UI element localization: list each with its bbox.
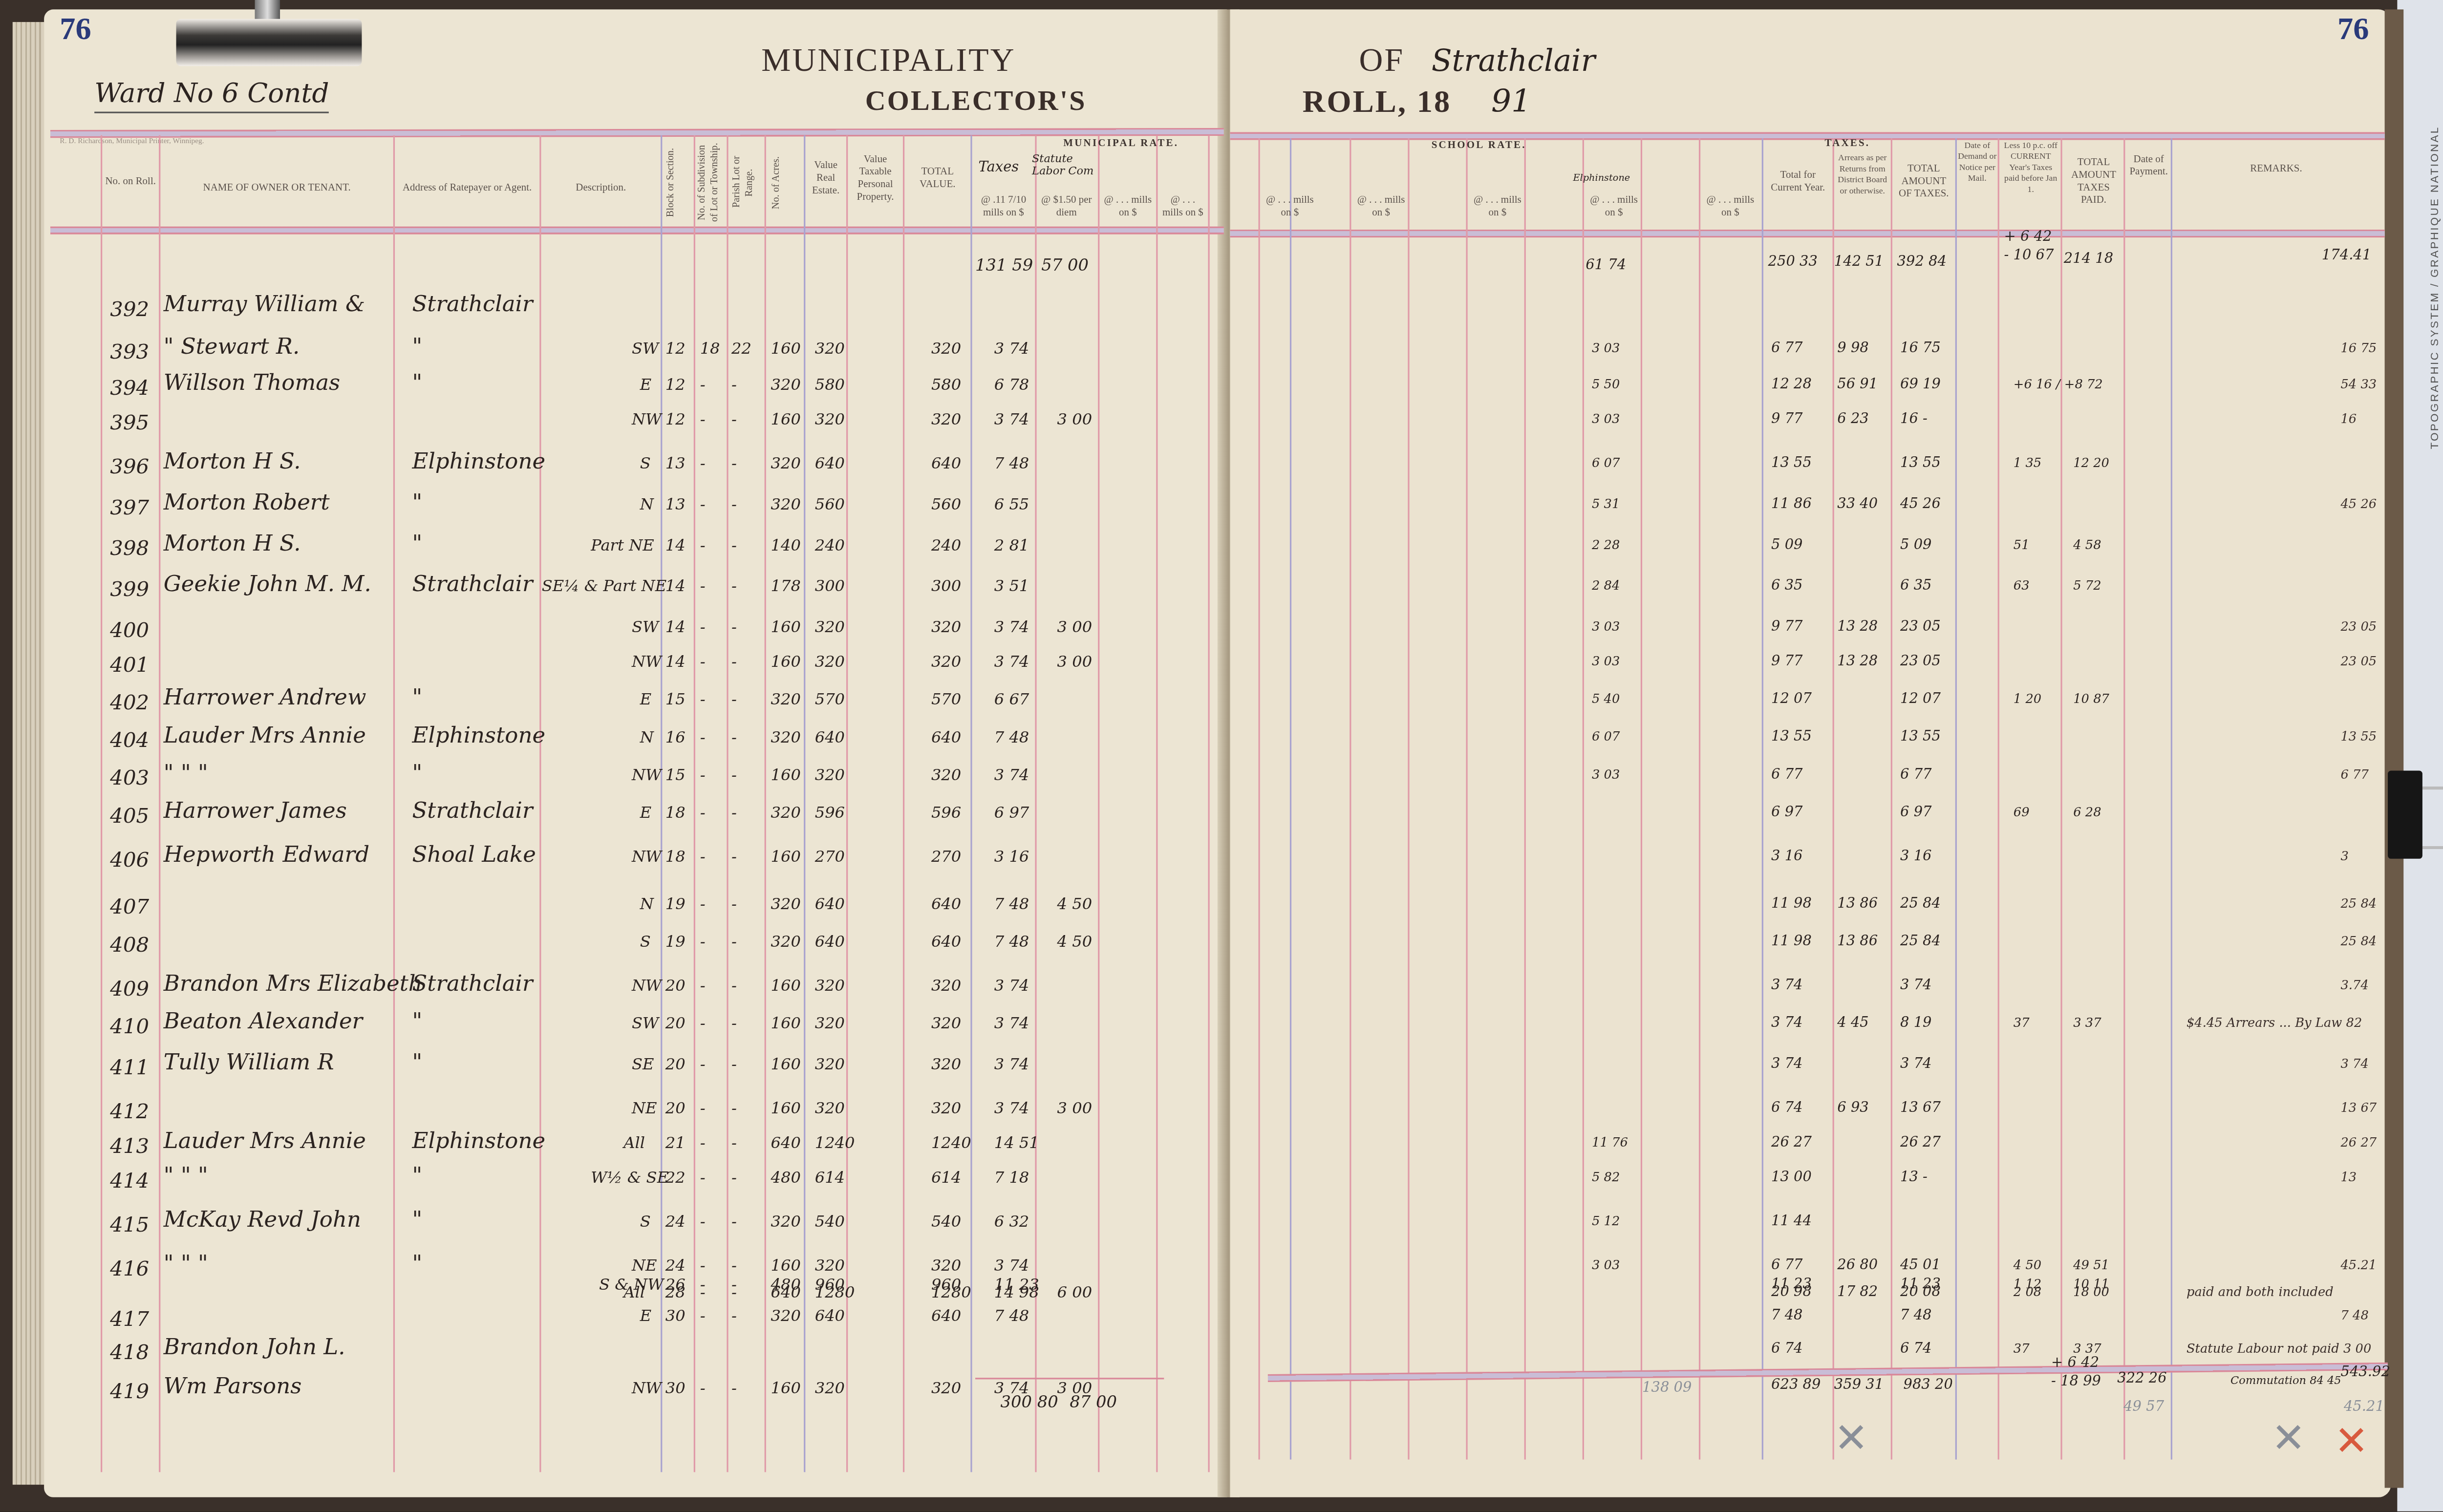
block-section: 16 [665, 730, 686, 747]
printer-credit: R. D. Richardson, Municipal Printer, Win… [60, 138, 204, 146]
header-parish-range: Parish Lot or Range. [731, 142, 757, 223]
municipal-tax: 7 48 [994, 1309, 1029, 1326]
municipal-tax: 3 74 [994, 1258, 1029, 1276]
total-amount-taxes: 23 05 [1900, 654, 1941, 670]
subdivision-township: - [700, 497, 706, 514]
block-section: 30 [665, 1309, 686, 1326]
block-section: 30 [665, 1381, 686, 1398]
ratepayer-address: " [412, 1051, 422, 1076]
roll-number: 412 [110, 1101, 149, 1125]
parish-range: - [731, 456, 737, 473]
header-muni-rate-3: @ . . . mills on $ [1099, 195, 1156, 220]
rule [765, 135, 766, 1472]
block-section: 20 [665, 978, 686, 995]
block-section: 14 [665, 538, 686, 555]
block-section: 14 [665, 619, 686, 637]
carry-remark: 45.21 [2344, 1400, 2384, 1415]
acres: 160 [771, 978, 801, 995]
arrears: 33 40 [1837, 497, 1878, 512]
roll-number: 408 [110, 934, 149, 958]
statute-labor: 3 00 [1057, 1101, 1092, 1118]
municipal-tax: 3 74 [994, 619, 1029, 637]
value-real-estate: 570 [815, 692, 845, 709]
header-school-rate-col: @ . . . mills on $ [1262, 195, 1318, 220]
rule [1290, 138, 1291, 1459]
roll-number: 411 [110, 1057, 149, 1080]
subdivision-township: 18 [700, 341, 720, 359]
municipal-tax: 3 74 [994, 1016, 1029, 1033]
roll-number: 409 [110, 978, 149, 1001]
total-taxes-paid: 18 00 [2073, 1285, 2109, 1299]
block-section: 28 [665, 1285, 686, 1302]
total-taxes-paid: 5 72 [2073, 579, 2101, 593]
value-real-estate: 300 [815, 579, 845, 596]
block-section: 18 [665, 805, 686, 822]
header-remarks: REMARKS. [2174, 164, 2379, 176]
total-current-year: 11 44 [1771, 1214, 1812, 1230]
roll-number: 414 [110, 1170, 149, 1193]
subdivision-township: - [700, 805, 706, 822]
municipal-tax: 2 81 [994, 538, 1029, 555]
arrears: 13 28 [1837, 654, 1878, 670]
acres: 640 [771, 1135, 801, 1152]
total-value: 320 [931, 1016, 961, 1033]
description: E [640, 378, 652, 395]
acres: 320 [771, 692, 801, 709]
arrears: 56 91 [1837, 378, 1878, 393]
owner-name: McKay Revd John [164, 1208, 361, 1233]
header-muni-rate-1: @ .11 7/10 mills on $ [974, 195, 1033, 220]
rule [1955, 138, 1957, 1459]
total-value: 640 [931, 456, 961, 473]
total-amount-taxes: 6 97 [1900, 805, 1932, 821]
acres: 160 [771, 619, 801, 637]
block-section: 24 [665, 1214, 686, 1231]
value-real-estate: 640 [815, 1309, 845, 1326]
total-current-year: 3 74 [1771, 978, 1803, 994]
school-tax: 3 03 [1592, 412, 1620, 426]
total-muni-taxes: 300 80 [1001, 1393, 1058, 1412]
header-acres: No. of Acres. [771, 142, 784, 223]
ward-heading: Ward No 6 Contd [94, 79, 329, 113]
total-taxes-paid: 10 87 [2073, 692, 2109, 706]
parish-range: - [731, 1016, 737, 1033]
subdivision-township: - [700, 896, 706, 914]
total-current-year: 3 16 [1771, 849, 1803, 865]
parish-range: - [731, 849, 737, 866]
rule [1998, 138, 1999, 1459]
total-statute-labor: 87 00 [1070, 1393, 1117, 1412]
remarks: 26 27 [2340, 1135, 2377, 1150]
total-current-year: 6 74 [1771, 1101, 1803, 1117]
owner-name: " Stewart R. [164, 335, 300, 361]
total-taxes-paid: 4 58 [2073, 538, 2101, 552]
total-value: 580 [931, 378, 961, 395]
acres: 160 [771, 1258, 801, 1276]
description: NW [632, 654, 662, 671]
acres: 320 [771, 378, 801, 395]
total-current-year: 13 55 [1771, 456, 1812, 472]
owner-name: Wm Parsons [164, 1375, 302, 1400]
metal-clip-icon [176, 19, 362, 66]
acres: 140 [771, 538, 801, 555]
parish-range: - [731, 378, 737, 395]
ratepayer-address: " [412, 1010, 422, 1035]
total-amount-taxes: 5 09 [1900, 538, 1932, 554]
school-tax: 3 03 [1592, 341, 1620, 356]
total-value: 570 [931, 692, 961, 709]
acres: 320 [771, 896, 801, 914]
roll-number: 410 [110, 1016, 149, 1040]
school-tax: 3 03 [1592, 654, 1620, 668]
roll-number: 416 [110, 1258, 149, 1282]
owner-name: Brandon Mrs Elizabeth [164, 972, 423, 998]
total-current-year: 9 77 [1771, 654, 1803, 670]
value-real-estate: 640 [815, 934, 845, 951]
remarks: 23 05 [2340, 619, 2377, 634]
roll-number: 397 [110, 497, 149, 520]
parish-range: - [731, 1214, 737, 1231]
header-subdivision: No. of Subdivision of Lot or Township. [697, 142, 722, 223]
total-value: 596 [931, 805, 961, 822]
roll-number: 394 [110, 378, 149, 401]
arrears: 13 28 [1837, 619, 1878, 635]
header-total-current: Total for Current Year. [1765, 170, 1831, 195]
ratepayer-address: Elphinstone [412, 450, 545, 475]
page-number-right: 76 [2337, 13, 2369, 49]
header-block-section: Block or Section. [665, 142, 678, 223]
total-current-year: 6 77 [1771, 767, 1803, 783]
school-tax: 11 76 [1592, 1135, 1628, 1150]
block-section: 15 [665, 692, 686, 709]
statute-labor: 6 00 [1057, 1285, 1092, 1302]
subdivision-township: - [700, 1057, 706, 1074]
rule [661, 135, 662, 1472]
total-value: 1240 [931, 1135, 971, 1152]
title-municipality: MUNICIPALITY [761, 41, 1016, 80]
header-total-amount: TOTAL AMOUNT OF TAXES. [1894, 164, 1953, 201]
total-current-year: 13 00 [1771, 1170, 1812, 1186]
acres: 320 [771, 730, 801, 747]
header-address: Address of Ratepayer or Agent. [396, 182, 538, 195]
municipal-tax: 7 48 [994, 456, 1029, 473]
remarks: 6 77 [2340, 767, 2368, 782]
value-real-estate: 320 [815, 619, 845, 637]
total-current-year: 20 98 [1771, 1285, 1812, 1300]
description: All [623, 1135, 645, 1152]
parish-range: - [731, 497, 737, 514]
total-amount-taxes: 69 19 [1900, 378, 1941, 393]
municipal-tax: 3 74 [994, 412, 1029, 429]
subdivision-township: - [700, 1135, 706, 1152]
value-real-estate: 1280 [815, 1285, 855, 1302]
bf-school: 61 74 [1586, 258, 1626, 274]
header-school-rate-col: @ . . . mills on $ [1586, 195, 1642, 220]
remarks: paid and both included [2186, 1285, 2334, 1299]
municipality-name: Strathclair [1432, 44, 1595, 79]
bf-remarks: 174.41 [2322, 249, 2371, 264]
owner-name: Murray William & [164, 293, 365, 318]
block-section: 19 [665, 934, 686, 951]
remarks: 13 [2340, 1170, 2357, 1184]
value-real-estate: 640 [815, 730, 845, 747]
municipal-tax: 3 74 [994, 1101, 1029, 1118]
total-amount-taxes: 25 84 [1900, 896, 1941, 912]
description: SW [632, 1016, 659, 1033]
remarks: 16 75 [2340, 341, 2377, 356]
total-current-year: 6 97 [1771, 805, 1803, 821]
subdivision-township: - [700, 378, 706, 395]
statute-labor: 4 50 [1057, 896, 1092, 914]
acres: 320 [771, 456, 801, 473]
binder-clip-icon [2388, 771, 2422, 859]
remarks: 3 [2340, 849, 2348, 863]
bf-total-current: 250 33 [1768, 255, 1818, 271]
description: SW [632, 341, 659, 359]
total-current-year: 9 77 [1771, 619, 1803, 635]
total-amount-taxes: 23 05 [1900, 619, 1941, 635]
owner-name: Lauder Mrs Annie [164, 724, 366, 749]
block-section: 12 [665, 412, 686, 429]
total-amount-taxes: 13 55 [1900, 730, 1941, 745]
municipal-tax: 6 55 [994, 497, 1029, 514]
total-value: 640 [931, 896, 961, 914]
total-adjust-minus: - 18 99 [2051, 1375, 2101, 1390]
total-value: 320 [931, 767, 961, 785]
block-section: 24 [665, 1258, 686, 1276]
total-current-year: 12 28 [1771, 378, 1812, 393]
rule [903, 135, 904, 1472]
total-amount-taxes: 6 74 [1900, 1342, 1932, 1357]
description: SE [632, 1057, 654, 1074]
rule [539, 135, 541, 1472]
roll-number: 403 [110, 767, 149, 791]
header-muni-taxes: Taxes [978, 160, 1019, 176]
description: NW [632, 849, 662, 866]
municipal-tax: 14 51 [994, 1135, 1039, 1152]
value-real-estate: 640 [815, 896, 845, 914]
pencil-cross-icon: ✕ [2272, 1415, 2306, 1463]
school-tax: 6 07 [1592, 730, 1620, 744]
remarks: 16 [2340, 412, 2357, 426]
school-tax: 3 03 [1592, 619, 1620, 634]
total-amount-taxes: 13 55 [1900, 456, 1941, 472]
acres: 480 [771, 1170, 801, 1187]
roll-number: 401 [110, 654, 149, 678]
bf-adjust-minus: - 10 67 [2004, 249, 2054, 264]
description: Part NE [591, 538, 654, 555]
total-value: 320 [931, 1057, 961, 1074]
ratepayer-address: Strathclair [412, 293, 533, 318]
acres: 640 [771, 1285, 801, 1302]
total-amount-taxes: 3 74 [1900, 1057, 1932, 1072]
rule [1098, 135, 1099, 1472]
remarks: 54 33 [2340, 378, 2377, 392]
page-number-left: 76 [60, 13, 91, 49]
value-real-estate: 320 [815, 1016, 845, 1033]
rule [2060, 138, 2062, 1459]
description: NW [632, 978, 662, 995]
value-real-estate: 640 [815, 456, 845, 473]
municipal-tax: 3 16 [994, 849, 1029, 866]
total-value: 320 [931, 654, 961, 671]
parish-range: - [731, 767, 737, 785]
ratepayer-address: " [412, 1252, 422, 1278]
value-real-estate: 320 [815, 1057, 845, 1074]
total-current-year: 7 48 [1771, 1309, 1803, 1324]
ratepayer-address: " [412, 490, 422, 516]
subdivision-township: - [700, 978, 706, 995]
subdivision-township: - [700, 1214, 706, 1231]
parish-range: - [731, 1170, 737, 1187]
total-value: 1280 [931, 1285, 971, 1302]
description: N [640, 497, 654, 514]
parish-range: - [731, 978, 737, 995]
school-tax: 5 40 [1592, 692, 1620, 706]
owner-name: Morton H S. [164, 450, 301, 475]
total-value: 240 [931, 538, 961, 555]
pencil-cross-icon: ✕ [1834, 1415, 1868, 1463]
total-value: 320 [931, 1381, 961, 1398]
rule [1350, 138, 1351, 1459]
less-ten-percent: 4 50 [2014, 1258, 2041, 1273]
header-arrears: Arrears as per Returns from District Boa… [1834, 154, 1891, 198]
total-value: 640 [931, 1309, 961, 1326]
roll-year-suffix: 91 [1491, 82, 1531, 119]
acres: 320 [771, 1214, 801, 1231]
roll-number: 407 [110, 896, 149, 920]
roll-number: 405 [110, 805, 149, 829]
rule [1699, 138, 1700, 1459]
total-value: 640 [931, 730, 961, 747]
acres: 160 [771, 341, 801, 359]
value-real-estate: 614 [815, 1170, 845, 1187]
municipal-tax: 3 51 [994, 579, 1029, 596]
total-arrears: 359 31 [1834, 1378, 1884, 1393]
block-section: 14 [665, 654, 686, 671]
subdivision-township: - [700, 538, 706, 555]
rule [1524, 138, 1526, 1459]
owner-name: " " " [164, 1252, 208, 1278]
block-section: 15 [665, 767, 686, 785]
roll-number: 400 [110, 619, 149, 643]
header-municipal-rate: MUNICIPAL RATE. [1063, 138, 1179, 149]
ratepayer-address: Shoal Lake [412, 843, 536, 869]
header-muni-rate-4: @ . . . mills on $ [1159, 195, 1207, 220]
rule [1466, 138, 1467, 1459]
parish-range: - [731, 654, 737, 671]
total-amount-taxes: 45 01 [1900, 1258, 1941, 1274]
owner-name: " " " [164, 761, 208, 787]
total-remarks: 543.92 [2340, 1365, 2390, 1381]
archive-stamp: TOPOGRAPHIC SYSTEM / GRAPHIQUE NATIONAL [2429, 126, 2443, 449]
remarks: 25 84 [2340, 934, 2377, 948]
roll-number: 417 [110, 1309, 149, 1332]
header-value-real: Value Real Estate. [805, 160, 846, 198]
header-date-payment: Date of Payment. [2127, 154, 2171, 180]
roll-number: 393 [110, 341, 149, 365]
block-section: 12 [665, 341, 686, 359]
value-real-estate: 596 [815, 805, 845, 822]
acres: 160 [771, 412, 801, 429]
red-cross-icon: ✕ [2335, 1419, 2369, 1466]
block-section: 21 [665, 1135, 686, 1152]
total-amount-taxes: 6 77 [1900, 767, 1932, 783]
header-muni-rate-2: @ $1.50 per diem [1037, 195, 1096, 220]
owner-name: Hepworth Edward [164, 843, 369, 869]
description: S [640, 934, 651, 951]
roll-number: 419 [110, 1381, 149, 1405]
subdivision-township: - [700, 579, 706, 596]
total-taxes-paid: 49 51 [2073, 1258, 2109, 1273]
total-school: 138 09 [1642, 1381, 1692, 1397]
rule [804, 135, 805, 1472]
total-value: 320 [931, 619, 961, 637]
arrears: 6 93 [1837, 1101, 1869, 1117]
total-current-year: 6 77 [1771, 341, 1803, 357]
total-current-year: 13 55 [1771, 730, 1812, 745]
value-real-estate: 1240 [815, 1135, 855, 1152]
arrears: 9 98 [1837, 341, 1869, 357]
total-amount-taxes: 20 08 [1900, 1285, 1941, 1300]
roll-number: 418 [110, 1342, 149, 1365]
remarks: 7 48 [2340, 1309, 2368, 1323]
ratepayer-address: Strathclair [412, 799, 533, 824]
totals-rule [975, 1378, 1164, 1379]
acres: 160 [771, 1016, 801, 1033]
parish-range: - [731, 896, 737, 914]
roll-number: 395 [110, 412, 149, 435]
owner-name: Morton Robert [164, 490, 330, 516]
ratepayer-address: " [412, 1164, 422, 1189]
header-less-10pc: Less 10 p.c. off CURRENT Year's Taxes pa… [2001, 142, 2060, 197]
roll-number: 404 [110, 730, 149, 753]
statute-labor: 3 00 [1057, 654, 1092, 671]
description: N [640, 730, 654, 747]
acres: 320 [771, 1309, 801, 1326]
municipal-tax: 6 32 [994, 1214, 1029, 1231]
header-school-rate-col: @ . . . mills on $ [1702, 195, 1758, 220]
value-real-estate: 560 [815, 497, 845, 514]
parish-range: - [731, 805, 737, 822]
municipal-tax: 6 78 [994, 378, 1029, 395]
subdivision-township: - [700, 1309, 706, 1326]
parish-range: - [731, 412, 737, 429]
arrears: 4 45 [1837, 1016, 1869, 1032]
total-value: 540 [931, 1214, 961, 1231]
remarks: Statute Labour not paid 3 00 [2186, 1342, 2371, 1356]
statute-labor: 4 50 [1057, 934, 1092, 951]
total-current-year: 9 77 [1771, 412, 1803, 427]
bf-total-amount: 392 84 [1897, 255, 1947, 271]
ratepayer-address: " [412, 761, 422, 787]
owner-name: Geekie John M. M. [164, 573, 371, 598]
total-amount-taxes: 8 19 [1900, 1016, 1932, 1032]
remarks: 45.21 [2340, 1258, 2377, 1273]
less-ten-percent: 1 20 [2014, 692, 2041, 706]
ratepayer-address: " [412, 686, 422, 711]
total-taxes-paid: 3 37 [2073, 1342, 2101, 1356]
remarks: 3.74 [2340, 978, 2368, 992]
bf-adjust-plus: + 6 42 [2004, 230, 2052, 245]
parish-range: - [731, 538, 737, 555]
total-amount-taxes: 3 74 [1900, 978, 1932, 994]
parish-range: - [731, 934, 737, 951]
acres: 160 [771, 1057, 801, 1074]
header-value-personal: Value Taxable Personal Property. [848, 154, 903, 205]
owner-name: Harrower Andrew [164, 686, 366, 711]
description: N [640, 896, 654, 914]
